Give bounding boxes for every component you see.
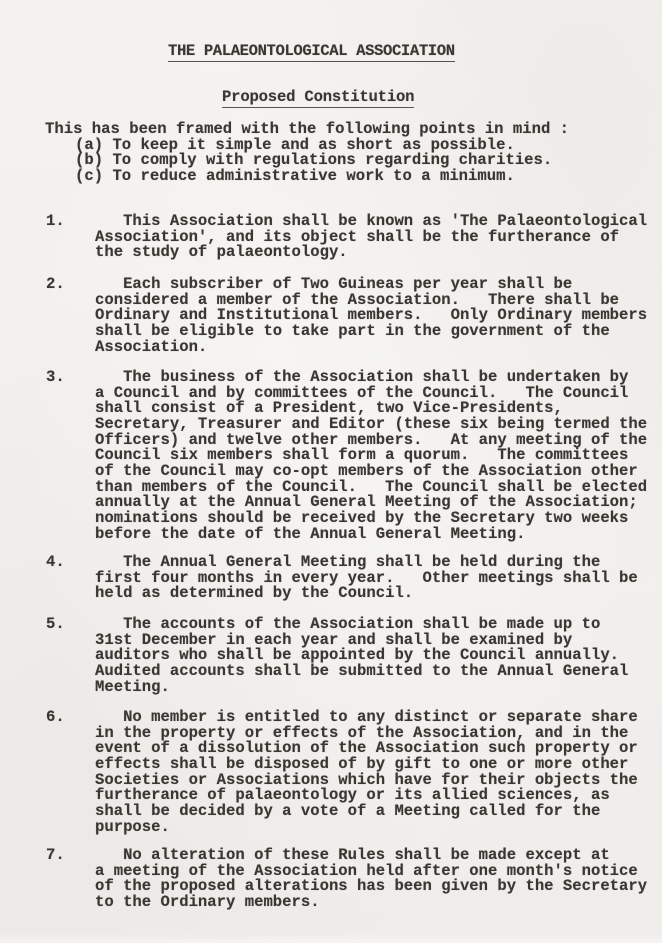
intro-point-text: To reduce administrative work to a minim… — [112, 169, 514, 185]
document-page: THE PALAEONTOLOGICAL ASSOCIATION Propose… — [0, 0, 662, 943]
article-body: No member is entitled to any distinct or… — [95, 710, 638, 835]
intro-point-label: (c) — [75, 169, 103, 185]
article-7: 7. No alteration of these Rules shall be… — [46, 848, 647, 911]
document-title: THE PALAEONTOLOGICAL ASSOCIATION — [168, 44, 455, 62]
document-subtitle: Proposed Constitution — [222, 90, 414, 108]
article-number: 1. — [46, 214, 65, 230]
article-body: The accounts of the Association shall be… — [95, 617, 628, 695]
article-number: 5. — [46, 617, 65, 633]
article-body: No alteration of these Rules shall be ma… — [95, 848, 647, 911]
article-number: 2. — [46, 277, 65, 293]
article-body: This Association shall be known as 'The … — [95, 214, 647, 261]
article-number: 3. — [46, 370, 65, 386]
intro-points: (a) To keep it simple and as short as po… — [75, 138, 569, 185]
article-number: 7. — [46, 848, 65, 864]
article-2: 2. Each subscriber of Two Guineas per ye… — [46, 277, 647, 355]
article-body: The Annual General Meeting shall be held… — [95, 555, 638, 602]
article-1: 1. This Association shall be known as 'T… — [46, 214, 647, 261]
article-5: 5. The accounts of the Association shall… — [46, 617, 628, 695]
article-number: 4. — [46, 555, 65, 571]
article-3: 3. The business of the Association shall… — [46, 370, 647, 542]
article-body: The business of the Association shall be… — [95, 370, 647, 542]
intro-point-c: (c) To reduce administrative work to a m… — [75, 169, 569, 185]
article-body: Each subscriber of Two Guineas per year … — [95, 277, 647, 355]
article-4: 4. The Annual General Meeting shall be h… — [46, 555, 638, 602]
intro-section: This has been framed with the following … — [45, 122, 569, 185]
article-6: 6. No member is entitled to any distinct… — [46, 710, 638, 835]
article-number: 6. — [46, 710, 65, 726]
